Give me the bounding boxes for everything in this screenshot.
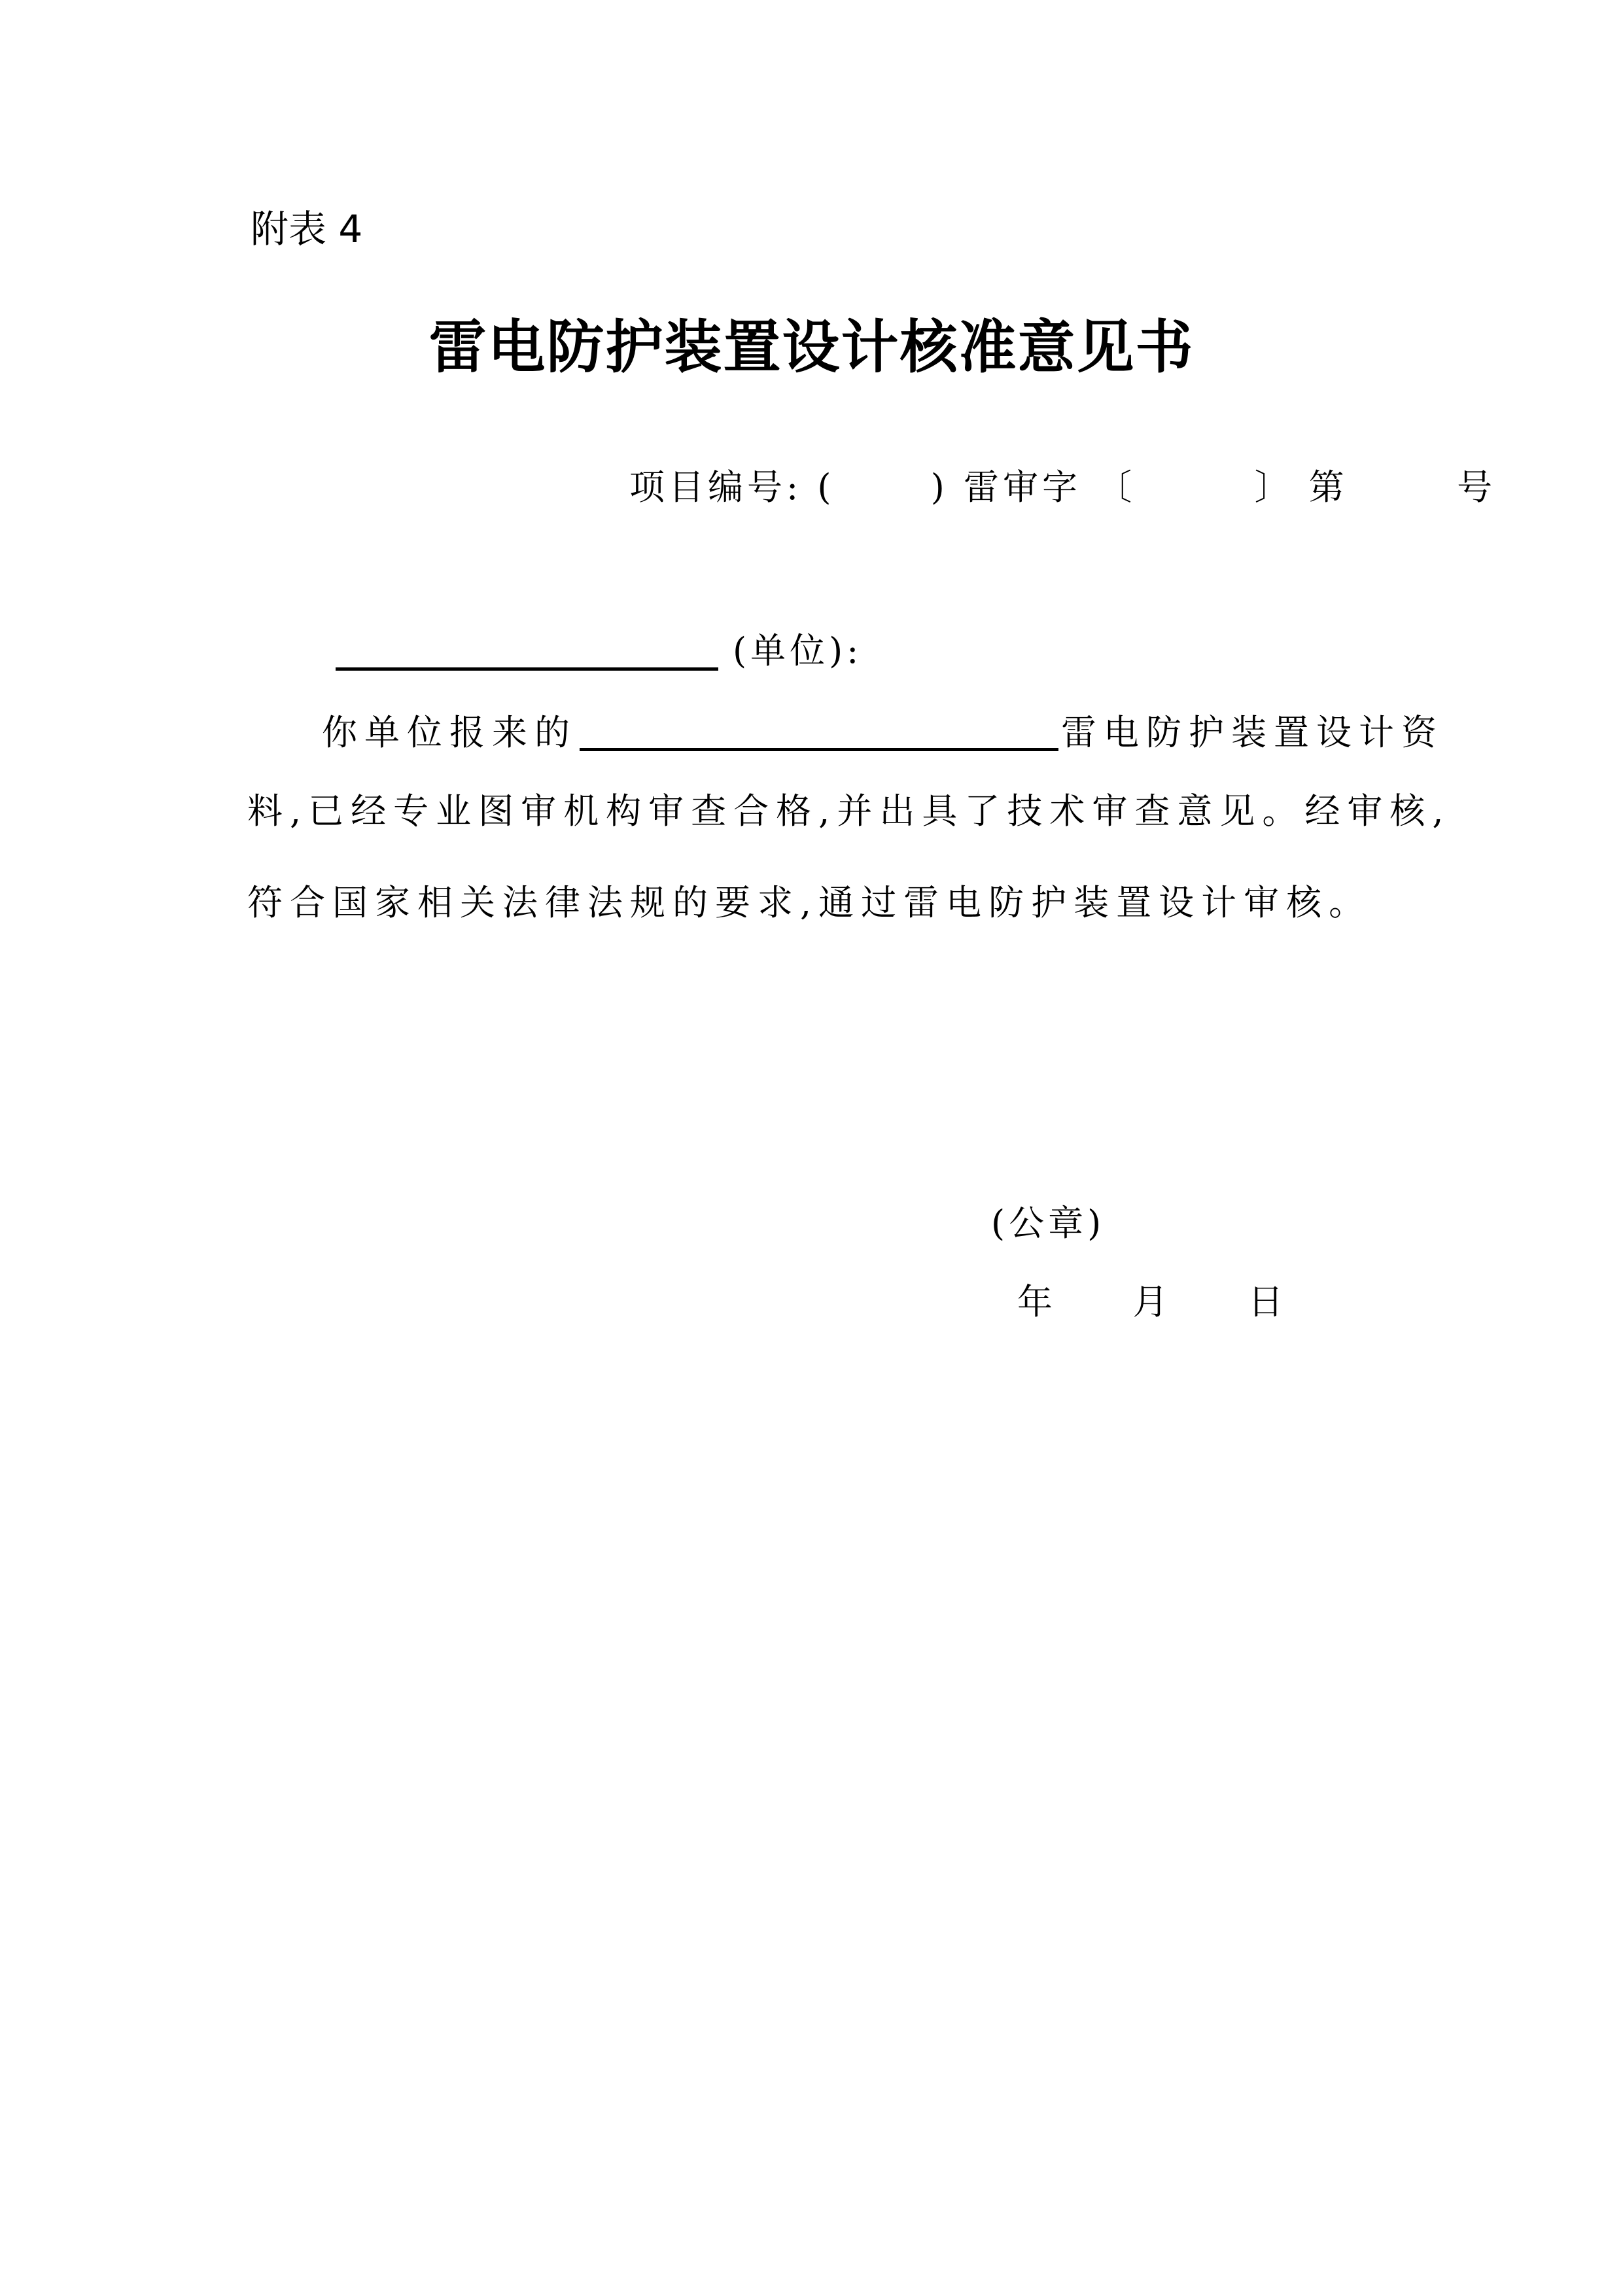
project-number-line: 项目编号: ( ) 雷审字 〔 〕 第 号 [629,461,1496,514]
review-type-text: 雷审字 [964,461,1081,514]
body-line-2: 料,已经专业图审机构审查合格,并出具了技术审查意见。经审核, [247,785,1451,838]
close-bracket: 〕 [1255,461,1294,514]
date-year-label: 年 [1017,1276,1053,1328]
open-bracket: 〔 [1096,461,1136,514]
body-line-1-suffix: 雷电防护装置设计资 [1061,707,1444,759]
official-seal-label: (公章) [991,1197,1105,1250]
close-paren: ) [931,461,949,514]
addressee-line: (单位): [336,625,862,677]
unit-label: (单位): [733,625,862,677]
project-name-blank[interactable] [580,709,1058,751]
number-suffix: 号 [1457,461,1496,514]
body-line-1: 你单位报来的 雷电防护装置设计资 [322,707,1444,759]
body-line-1-prefix: 你单位报来的 [322,707,577,759]
date-day-label: 日 [1248,1276,1283,1328]
ordinal-prefix: 第 [1309,461,1348,514]
date-month-label: 月 [1132,1276,1168,1328]
document-title: 雷电防护装置设计核准意见书 [0,308,1623,386]
unit-name-blank[interactable] [336,628,718,671]
body-line-3: 符合国家相关法律法规的要求,通过雷电防护装置设计审核。 [247,877,1371,929]
appendix-label: 附表 4 [251,203,362,255]
project-number-label: 项目编号: [629,461,802,514]
open-paren: ( [817,461,835,514]
date-line: 年 月 日 [1017,1276,1283,1328]
